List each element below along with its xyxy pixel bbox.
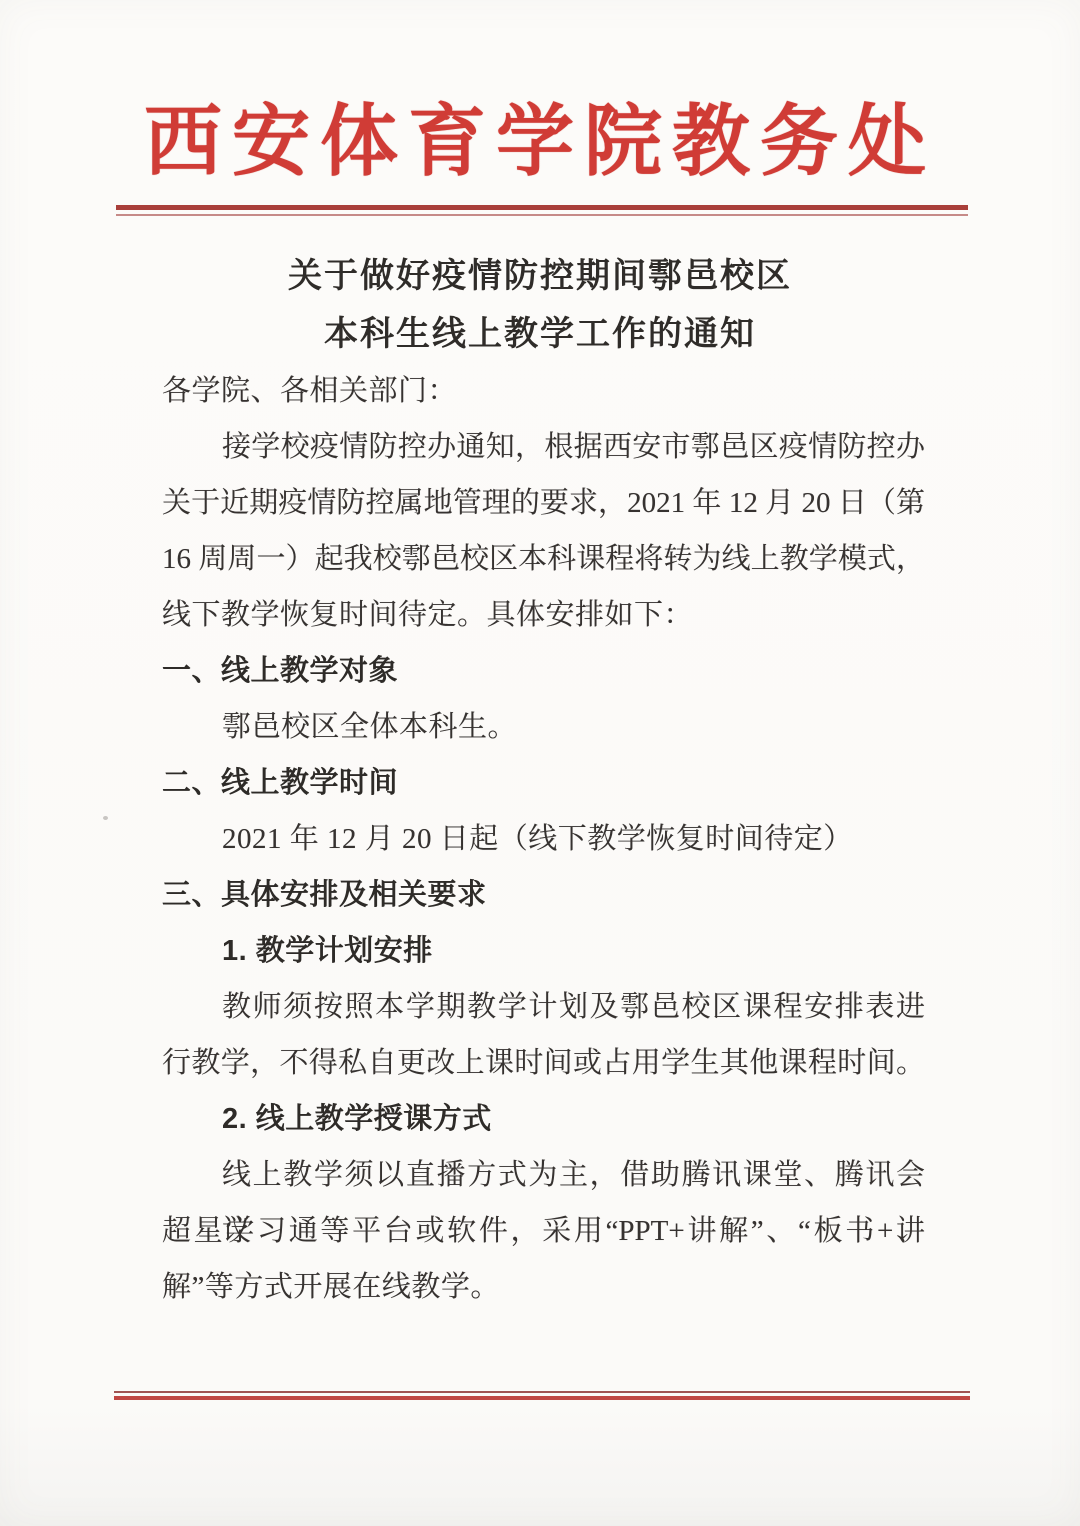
notice-line: 接学校疫情防控办通知，根据西安市鄠邑区疫情防控办 — [162, 419, 925, 475]
notice-line: 关于近期疫情防控属地管理的要求，2021 年 12 月 20 日（第 — [162, 475, 925, 531]
letterhead-title: 西安体育学院教务处 — [0, 92, 1080, 192]
notice-title: 关于做好疫情防控期间鄠邑校区 本科生线上教学工作的通知 — [0, 247, 1080, 363]
rule-thin-bar — [116, 214, 968, 216]
notice-title-line1: 关于做好疫情防控期间鄠邑校区 — [0, 247, 1080, 305]
notice-line: 超星学习通等平台或软件，采用“PPT+讲解”、“板书+讲 — [162, 1203, 925, 1259]
notice-line: 2021 年 12 月 20 日起（线下教学恢复时间待定） — [162, 811, 925, 867]
subsection-1-heading: 1. 教学计划安排 — [162, 923, 925, 979]
notice-line: 线上教学须以直播方式为主，借助腾讯课堂、腾讯会议、 — [162, 1147, 925, 1203]
notice-line: 16 周周一）起我校鄠邑校区本科课程将转为线上教学模式， — [162, 531, 925, 587]
notice-body: 各学院、各相关部门： 接学校疫情防控办通知，根据西安市鄠邑区疫情防控办 关于近期… — [162, 363, 925, 1315]
notice-line: 教师须按照本学期教学计划及鄠邑校区课程安排表进 — [162, 979, 925, 1035]
salutation-line: 各学院、各相关部门： — [162, 363, 925, 419]
notice-title-line2: 本科生线上教学工作的通知 — [0, 305, 1080, 363]
scan-speck — [103, 816, 108, 820]
subsection-2-heading: 2. 线上教学授课方式 — [162, 1091, 925, 1147]
notice-page: 西安体育学院教务处 关于做好疫情防控期间鄠邑校区 本科生线上教学工作的通知 各学… — [0, 0, 1080, 1526]
notice-line: 解”等方式开展在线教学。 — [162, 1259, 925, 1315]
section-3-heading: 三、具体安排及相关要求 — [162, 867, 925, 923]
notice-line: 行教学，不得私自更改上课时间或占用学生其他课程时间。 — [162, 1035, 925, 1091]
footer-double-rule — [114, 1391, 970, 1400]
letterhead-double-rule — [116, 205, 968, 216]
section-1-heading: 一、线上教学对象 — [162, 643, 925, 699]
notice-line: 鄠邑校区全体本科生。 — [162, 699, 925, 755]
section-2-heading: 二、线上教学时间 — [162, 755, 925, 811]
rule-thick-bar — [114, 1396, 970, 1400]
notice-line: 线下教学恢复时间待定。具体安排如下： — [162, 587, 925, 643]
